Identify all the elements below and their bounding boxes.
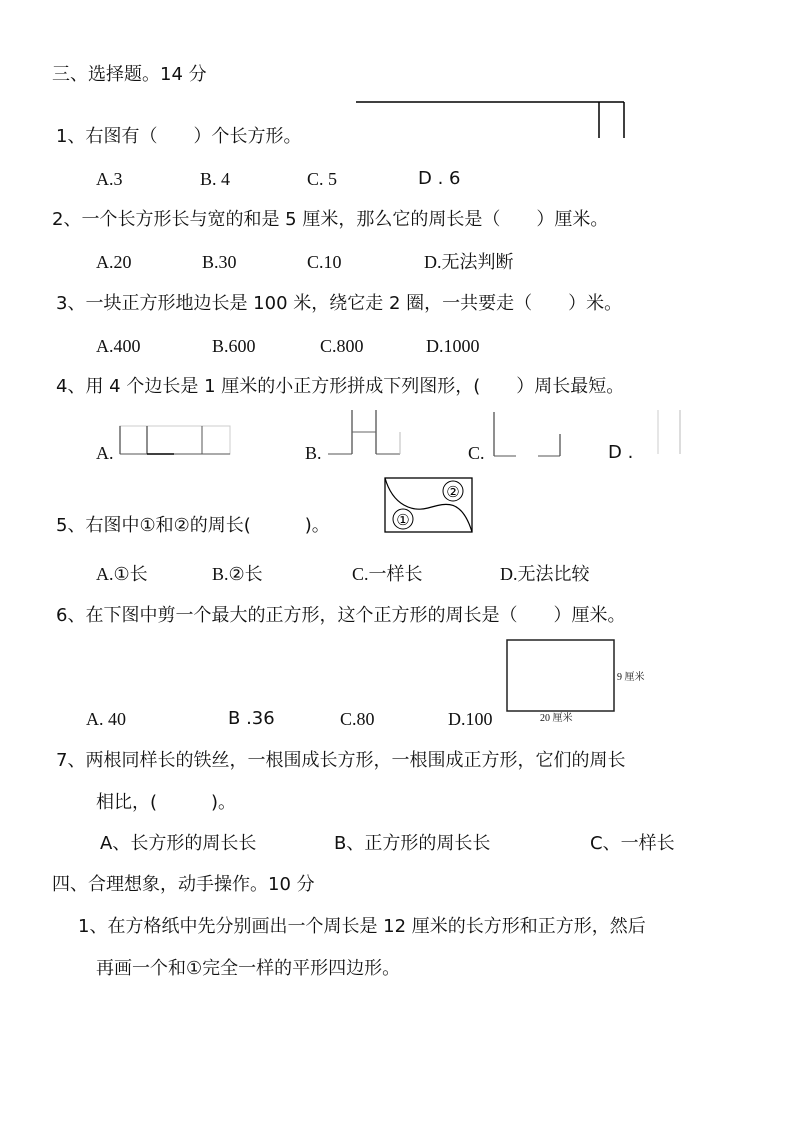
q5-option-a: A.①长 <box>96 563 148 585</box>
question-5-text: 5、右图中①和②的周长( )。 <box>56 515 330 537</box>
q6-height-label: 9 厘米 <box>617 672 645 684</box>
q2-option-a: A.20 <box>96 251 132 273</box>
q1-option-b: B. 4 <box>200 168 230 190</box>
q5-label-1: ① <box>396 511 409 529</box>
q6-option-b: B .36 <box>228 708 275 730</box>
question-7-text-line1: 7、两根同样长的铁丝，一根围成长方形，一根围成正方形，它们的周长 <box>56 750 625 772</box>
q3-option-a: A.400 <box>96 335 141 357</box>
q6-option-d: D.100 <box>448 708 493 730</box>
q7-option-a: A、长方形的周长长 <box>100 833 256 855</box>
q6-figure-rectangle <box>505 638 617 714</box>
section-4-q1-line1: 1、在方格纸中先分别画出一个周长是 12 厘米的长方形和正方形，然后 <box>78 916 646 938</box>
question-7-text-line2: 相比，( )。 <box>96 792 236 814</box>
q4-option-a-label: A. <box>96 442 114 464</box>
q6-width-label: 20 厘米 <box>540 713 573 725</box>
q3-option-b: B.600 <box>212 335 256 357</box>
q4-option-b-label: B. <box>305 442 322 464</box>
q4-figure-b <box>328 408 404 458</box>
q3-option-d: D.1000 <box>426 335 480 357</box>
question-3-text: 3、一块正方形地边长是 100 米，绕它走 2 圈，一共要走（ ）米。 <box>56 293 622 315</box>
question-1-text: 1、右图有（ ）个长方形。 <box>56 126 301 148</box>
q2-option-c: C.10 <box>307 251 342 273</box>
q3-option-c: C.800 <box>320 335 364 357</box>
q7-option-c: C、一样长 <box>590 833 675 855</box>
q4-figure-a <box>118 424 233 456</box>
q1-option-c: C. 5 <box>307 168 337 190</box>
section-3-title: 三、选择题。14 分 <box>52 64 207 86</box>
q6-option-c: C.80 <box>340 708 375 730</box>
q7-option-b: B、正方形的周长长 <box>334 833 490 855</box>
question-4-text: 4、用 4 个边长是 1 厘米的小正方形拼成下列图形，( ）周长最短。 <box>56 376 624 398</box>
question-1-figure <box>350 98 630 143</box>
q5-option-d: D.无法比较 <box>500 563 590 585</box>
section-4-q1-line2: 再画一个和①完全一样的平形四边形。 <box>96 958 400 980</box>
q2-option-d: D.无法判断 <box>424 251 514 273</box>
q1-option-d: D . 6 <box>418 168 460 190</box>
q5-figure: ① ② <box>383 476 475 536</box>
section-4-title: 四、合理想象，动手操作。10 分 <box>52 874 315 896</box>
q1-option-a: A.3 <box>96 168 123 190</box>
q2-option-b: B.30 <box>202 251 237 273</box>
q4-figure-c <box>492 410 564 458</box>
q6-option-a: A. 40 <box>86 708 126 730</box>
question-6-text: 6、在下图中剪一个最大的正方形，这个正方形的周长是（ ）厘米。 <box>56 605 625 627</box>
q4-figure-d <box>636 408 686 458</box>
q4-option-d-label: D . <box>608 442 633 464</box>
q5-option-b: B.②长 <box>212 563 263 585</box>
q5-option-c: C.一样长 <box>352 563 423 585</box>
q4-option-c-label: C. <box>468 442 485 464</box>
question-2-text: 2、一个长方形长与宽的和是 5 厘米，那么它的周长是（ ）厘米。 <box>52 209 608 231</box>
q5-label-2: ② <box>446 483 459 501</box>
